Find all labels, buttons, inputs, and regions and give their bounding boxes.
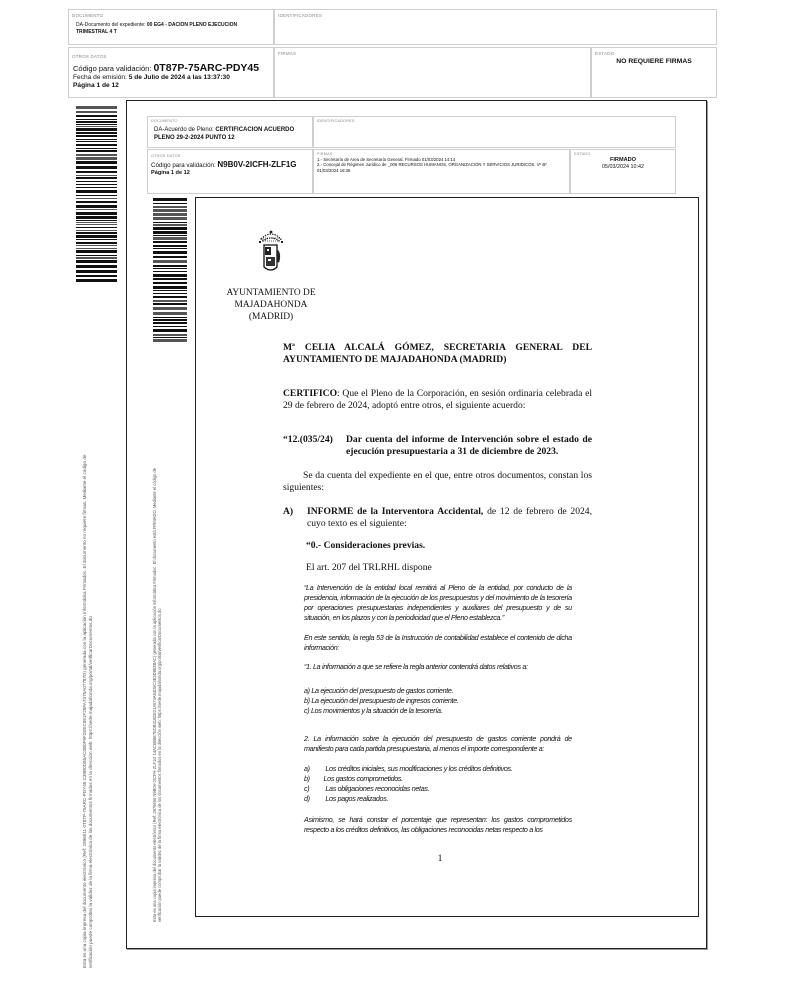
page-number: 1	[430, 853, 450, 864]
inner-documento-label: DOCUMENTO	[151, 119, 178, 123]
firma-line: 2.- Concejal de Régimen Jurídico de _006…	[317, 162, 569, 167]
inner-documento-value: DA-Acuerdo de Pleno: CERTIFICACION ACUER…	[154, 127, 304, 142]
outer-documento-value: DA-Documento del expediente: 00 EG4 - DA…	[76, 22, 266, 36]
informe-paragraph: A) INFORME de la Interventora Accidental…	[283, 506, 592, 531]
asimismo-paragraph: Asimismo, se hará constar el porcentaje …	[304, 815, 572, 835]
agenda-item-title: Dar cuenta del informe de Intervención s…	[346, 434, 592, 459]
inner-estado-value: FIRMADO	[571, 157, 675, 163]
inner-pagina: Página 1 de 12	[151, 170, 190, 176]
inner-codigo-validacion: Código para validación: N9B0V-2ICFH-ZLF1…	[151, 160, 297, 169]
outer-barcode-icon	[76, 106, 117, 282]
outer-otros-datos-label: OTROS DATOS	[72, 54, 107, 59]
list1: a) La ejecución del presupuesto de gasto…	[304, 686, 572, 716]
outer-codigo-value[interactable]: 0T87P-75ARC-PDY45	[153, 62, 259, 74]
list-item: b)Los gastos comprometidos.	[304, 774, 572, 784]
inner-estado-label: ESTADO	[574, 152, 591, 156]
outer-estado-value: NO REQUIERE FIRMAS	[592, 58, 716, 65]
list-item: b) La ejecución del presupuesto de ingre…	[304, 696, 572, 706]
inner-estado-date: 05/03/2024 10:42	[571, 164, 675, 170]
list-item: c) Los movimientos y la situación de la …	[304, 706, 572, 716]
punto1-paragraph: “1. La información a que se refiere la r…	[304, 662, 572, 672]
outer-codigo-validacion: Código para validación: 0T87P-75ARC-PDY4…	[73, 62, 259, 74]
consideraciones-heading: “0.- Consideraciones previas.	[306, 540, 586, 552]
letterhead-line3: (MADRID)	[212, 311, 330, 323]
punto2-paragraph: 2. La información sobre la ejecución del…	[304, 734, 572, 754]
se-da-cuenta-paragraph: Se da cuenta del expediente en el que, e…	[283, 470, 592, 495]
outer-estado-box: ESTADO NO REQUIERE FIRMAS	[591, 47, 717, 98]
inner-codigo-value[interactable]: N9B0V-2ICFH-ZLF1G	[217, 160, 296, 169]
outer-pagina: Página 1 de 12	[73, 82, 119, 89]
inner-firmas-box: FIRMAS 1.- Secretaría de Area de Secreta…	[313, 149, 570, 194]
quote-art207: “La Intervención de la entidad local rem…	[304, 583, 572, 623]
firma-line: 01/03/2024 18:36	[317, 168, 569, 173]
letterhead: AYUNTAMIENTO DE MAJADAHONDA (MADRID)	[212, 287, 330, 323]
agenda-item: “12.(035/24) Dar cuenta del informe de I…	[283, 434, 592, 459]
agenda-item-number: “12.(035/24)	[283, 434, 346, 459]
art207-line: El art. 207 del TRLRHL dispone	[306, 562, 586, 574]
inner-side-verification-text: Esta es una copia impresa del documento …	[152, 468, 162, 922]
inner-otros-datos-label: OTROS DATOS	[151, 154, 180, 158]
outer-identificadores-label: IDENTIFICADORES	[278, 13, 322, 18]
inner-identificadores-label: IDENTIFICADORES	[317, 119, 355, 123]
letterhead-line1: AYUNTAMIENTO DE	[212, 287, 330, 299]
regla53-paragraph: En este sentido, la regla 53 de la Instr…	[304, 633, 572, 653]
inner-barcode-icon	[153, 198, 187, 344]
outer-side-verification-text: Esta es una copia impresa del documento …	[82, 455, 94, 968]
outer-firmas-box: FIRMAS	[274, 47, 591, 98]
inner-documento-box: DOCUMENTO DA-Acuerdo de Pleno: CERTIFICA…	[147, 116, 313, 148]
inner-firmas-label: FIRMAS	[317, 152, 333, 156]
letterhead-line2: MAJADAHONDA	[212, 299, 330, 311]
list-item: a)Los créditos iniciales, sus modificaci…	[304, 764, 572, 774]
outer-firmas-label: FIRMAS	[278, 51, 296, 56]
inner-identificadores-box: IDENTIFICADORES	[313, 116, 676, 148]
document-title: Mª CELIA ALCALÁ GÓMEZ, SECRETARIA GENERA…	[283, 342, 592, 367]
outer-identificadores-box: IDENTIFICADORES	[274, 9, 717, 45]
section-a-marker: A)	[283, 506, 307, 531]
certifico-paragraph: CERTIFICO: Que el Pleno de la Corporació…	[283, 388, 592, 413]
coat-of-arms-icon	[255, 229, 287, 279]
outer-estado-label: ESTADO	[595, 51, 614, 56]
list-item: d)Los pagos realizados.	[304, 794, 572, 804]
list-item: c)Las obligaciones reconocidas netas.	[304, 784, 572, 794]
list2: a)Los créditos iniciales, sus modificaci…	[304, 764, 572, 804]
list-item: a) La ejecución del presupuesto de gasto…	[304, 686, 572, 696]
outer-documento-label: DOCUMENTO	[72, 13, 103, 18]
outer-documento-box: DOCUMENTO DA-Documento del expediente: 0…	[68, 9, 274, 45]
outer-otros-datos-box: OTROS DATOS Código para validación: 0T87…	[68, 47, 274, 98]
inner-estado-box: ESTADO FIRMADO 05/03/2024 10:42	[570, 149, 676, 194]
inner-otros-datos-box: OTROS DATOS Código para validación: N9B0…	[147, 149, 313, 194]
outer-fecha-emision: Fecha de emisión: 5 de Julio de 2024 a l…	[73, 74, 230, 81]
inner-firmas-list: 1.- Secretaría de Area de Secretaría Gen…	[317, 157, 569, 173]
